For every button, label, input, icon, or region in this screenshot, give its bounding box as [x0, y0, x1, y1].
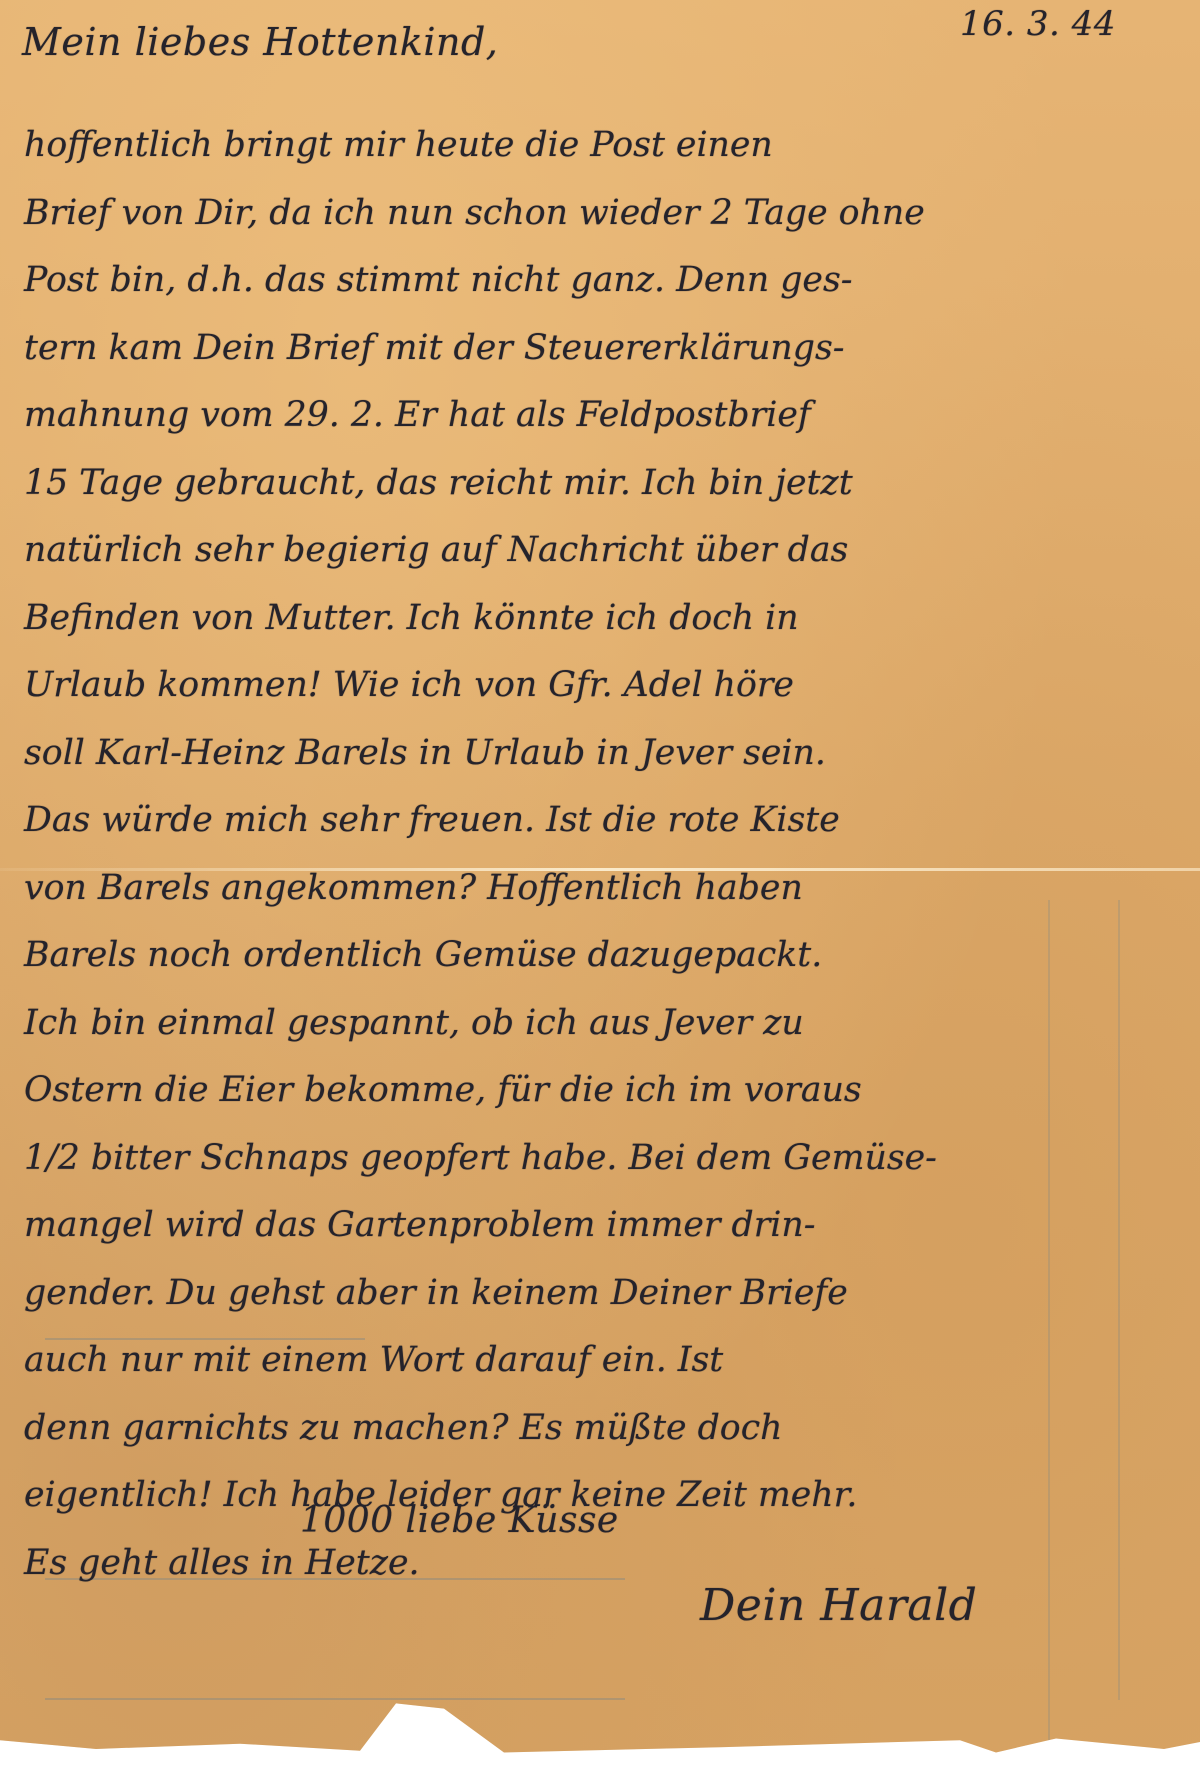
- letter-line: Ich bin einmal gespannt, ob ich aus Jeve…: [24, 990, 1174, 1058]
- letter-line: natürlich sehr begierig auf Nachricht üb…: [24, 517, 1174, 585]
- letter-line: 1/2 bitter Schnaps geopfert habe. Bei de…: [24, 1125, 1174, 1193]
- letter-line: 15 Tage gebraucht, das reicht mir. Ich b…: [24, 450, 1174, 518]
- letter-line: auch nur mit einem Wort darauf ein. Ist: [24, 1327, 1174, 1395]
- letter-line: Brief von Dir, da ich nun schon wieder 2…: [24, 180, 1174, 248]
- letter-line: denn garnichts zu machen? Es müßte doch: [24, 1395, 1174, 1463]
- letter-date: 16. 3. 44: [960, 4, 1116, 44]
- letter-body: hoffentlich bringt mir heute die Post ei…: [24, 112, 1184, 1597]
- letter-salutation: Mein liebes Hottenkind,: [22, 20, 498, 64]
- letter-paper: 16. 3. 44 Mein liebes Hottenkind, hoffen…: [0, 0, 1200, 1756]
- faint-printed-line: [45, 1698, 625, 1700]
- letter-line: mahnung vom 29. 2. Er hat als Feldpostbr…: [24, 382, 1174, 450]
- letter-line: Post bin, d.h. das stimmt nicht ganz. De…: [24, 247, 1174, 315]
- letter-line: mangel wird das Gartenproblem immer drin…: [24, 1192, 1174, 1260]
- letter-closing: 1000 liebe Küsse: [300, 1500, 619, 1541]
- letter-line: Urlaub kommen! Wie ich von Gfr. Adel hör…: [24, 652, 1174, 720]
- letter-line: gender. Du gehst aber in keinem Deiner B…: [24, 1260, 1174, 1328]
- letter-line: Barels noch ordentlich Gemüse dazugepack…: [24, 922, 1174, 990]
- letter-line: Das würde mich sehr freuen. Ist die rote…: [24, 787, 1174, 855]
- letter-line: soll Karl-Heinz Barels in Urlaub in Jeve…: [24, 720, 1174, 788]
- letter-line: tern kam Dein Brief mit der Steuererklär…: [24, 315, 1174, 383]
- letter-line: hoffentlich bringt mir heute die Post ei…: [24, 112, 1174, 180]
- letter-line: Befinden von Mutter. Ich könnte ich doch…: [24, 585, 1174, 653]
- letter-signature: Dein Harald: [700, 1580, 977, 1631]
- letter-line: von Barels angekommen? Hoffentlich haben: [24, 855, 1174, 923]
- letter-line: Ostern die Eier bekomme, für die ich im …: [24, 1057, 1174, 1125]
